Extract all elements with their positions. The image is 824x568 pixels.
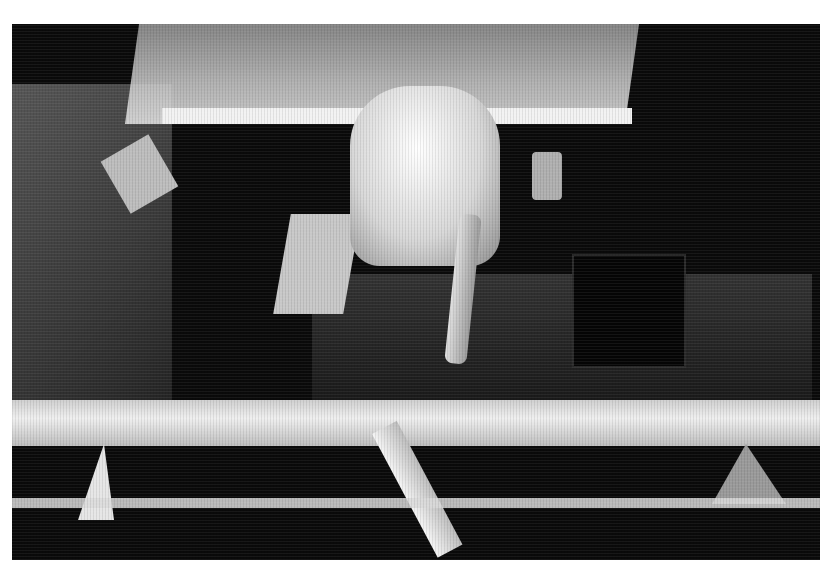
foreground-rail [12,498,820,508]
foreground-beam [12,400,820,446]
left-wall-shadow [12,84,172,404]
floor-area [312,274,812,404]
foreground-object-right [712,444,786,504]
foreground-object-left [78,444,114,520]
photograph [12,24,820,560]
dark-screen [572,254,686,368]
cup [532,152,562,200]
